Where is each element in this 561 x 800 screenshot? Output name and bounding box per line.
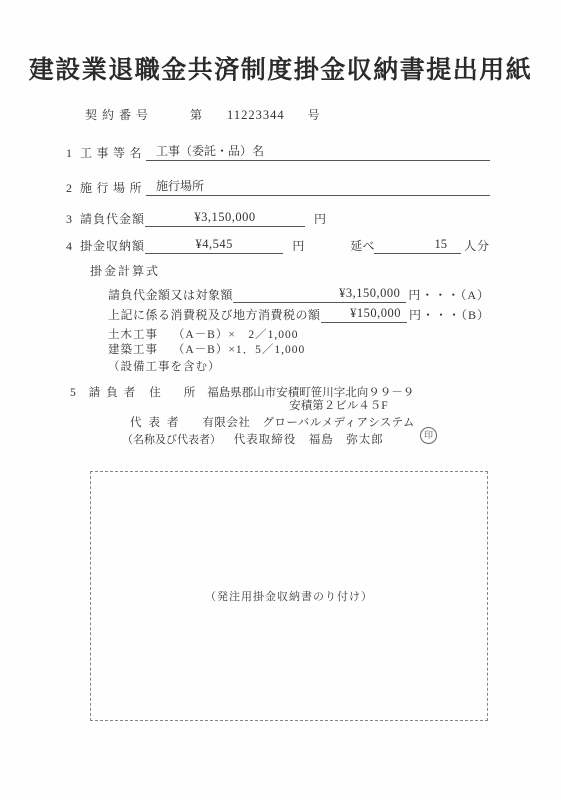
contract-number-prefix: 第 xyxy=(190,108,202,122)
premium-amount-field: ¥4,545 xyxy=(145,237,283,254)
contractor-name-row: （名称及び代表者） 代表取締役 福島 弥太郎 xyxy=(122,431,384,447)
contract-number-value: 11223344 xyxy=(227,108,285,122)
total-workers-unit: 人分 xyxy=(464,237,490,254)
contractor-address-label: 住 所 xyxy=(149,387,195,400)
base-amount-line: 請負代金額又は対象額 ¥3,150,000 円・・・（A） xyxy=(108,286,490,303)
tax-amount-label: 上記に係る消費税及び地方消費税の額 xyxy=(108,306,321,323)
contract-number-suffix: 号 xyxy=(308,108,320,122)
site-label: 施行場所 xyxy=(80,179,146,196)
premium-amount-label: 掛金収納額 xyxy=(80,237,145,254)
work-name-row: 1 工事等名 工事（委託・品）名 xyxy=(66,142,490,161)
site-row: 2 施行場所 施行場所 xyxy=(66,177,490,196)
contract-amount-number: 3 xyxy=(66,212,72,227)
contract-number-label: 契約番号 xyxy=(85,108,153,122)
base-amount-unit: 円・・・（A） xyxy=(408,286,490,303)
receipt-paste-area: （発注用掛金収納書のり付け） xyxy=(90,471,488,721)
contract-amount-label: 請負代金額 xyxy=(80,210,145,227)
contractor-number: 5 xyxy=(70,387,76,400)
premium-amount-row: 4 掛金収納額 ¥4,545 円 延べ 15 人分 xyxy=(66,237,490,254)
receipt-paste-label: （発注用掛金収納書のり付け） xyxy=(205,588,373,604)
contract-amount-field: ¥3,150,000 xyxy=(145,210,305,227)
civil-formula-label: 土木工事 xyxy=(108,326,170,342)
building-formula-line: 建築工事 （A－B）×1．5／1,000 xyxy=(108,341,305,357)
total-workers-field: 15 xyxy=(374,237,461,254)
base-amount-field: ¥3,150,000 xyxy=(233,286,406,303)
work-name-number: 1 xyxy=(66,146,72,161)
total-workers-label: 延べ xyxy=(350,237,374,254)
representative-name: 代表取締役 福島 弥太郎 xyxy=(234,434,384,446)
contract-number-row: 契約番号 第 11223344 号 xyxy=(85,106,320,123)
tax-amount-line: 上記に係る消費税及び地方消費税の額 ¥150,000 円・・・（B） xyxy=(108,306,490,323)
tax-amount-unit: 円・・・（B） xyxy=(409,306,490,323)
contractor-representative-row: 代表者 有限会社 グローバルメディアシステム xyxy=(130,414,415,430)
page-title: 建設業退職金共済制度掛金収納書提出用紙 xyxy=(0,50,561,86)
calculation-heading: 掛金計算式 xyxy=(90,262,160,279)
contract-amount-row: 3 請負代金額 ¥3,150,000 円 xyxy=(66,210,490,227)
building-formula-label: 建築工事 xyxy=(108,341,170,357)
form-page: 建設業退職金共済制度掛金収納書提出用紙 契約番号 第 11223344 号 1 … xyxy=(0,0,561,800)
site-number: 2 xyxy=(66,181,72,196)
contractor-address: 福島県郡山市安積町笹川字北向９９－９ 安積第２ビル４５F xyxy=(207,387,414,413)
contractor-address-line1: 福島県郡山市安積町笹川字北向９９－９ xyxy=(207,387,414,400)
contractor-address-line2: 安積第２ビル４５F xyxy=(207,400,414,413)
site-field: 施行場所 xyxy=(146,177,490,196)
base-amount-label: 請負代金額又は対象額 xyxy=(108,286,233,303)
seal-icon: 印 xyxy=(420,427,437,444)
tax-amount-field: ¥150,000 xyxy=(321,306,407,323)
contractor-address-row: 5 請負者 住 所 福島県郡山市安積町笹川字北向９９－９ 安積第２ビル４５F xyxy=(70,387,414,413)
calculation-note: （設備工事を含む） xyxy=(108,358,221,374)
building-formula-expression: （A－B）×1．5／1,000 xyxy=(173,344,305,356)
contract-amount-unit: 円 xyxy=(314,210,326,227)
civil-formula-expression: （A－B）× 2／1,000 xyxy=(173,329,299,341)
premium-amount-unit: 円 xyxy=(292,237,304,254)
name-note-label: （名称及び代表者） xyxy=(122,434,221,446)
contractor-label: 請負者 xyxy=(89,387,142,400)
contractor-company: 有限会社 グローバルメディアシステム xyxy=(202,417,415,429)
work-name-field: 工事（委託・品）名 xyxy=(146,142,490,161)
civil-formula-line: 土木工事 （A－B）× 2／1,000 xyxy=(108,326,298,342)
premium-amount-number: 4 xyxy=(66,239,72,254)
representative-label: 代表者 xyxy=(130,417,186,429)
work-name-label: 工事等名 xyxy=(80,144,146,161)
